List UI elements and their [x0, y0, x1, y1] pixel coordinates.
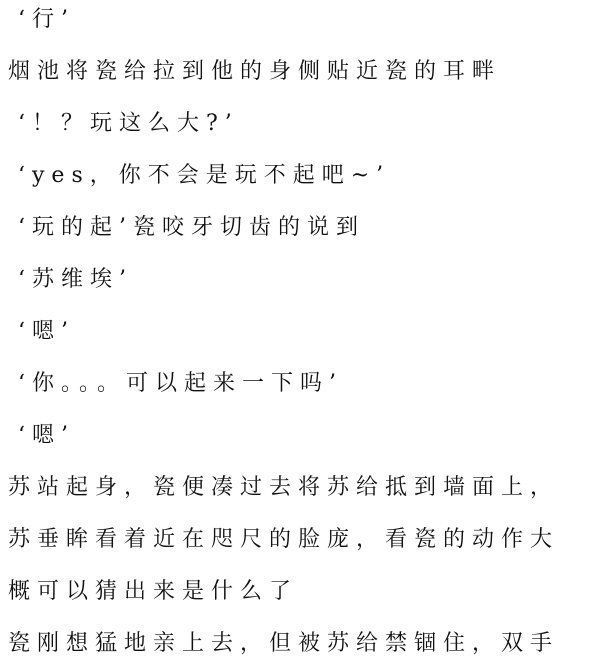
text-line: ‘嗯’	[18, 422, 75, 450]
text-line: 烟池将瓷给拉到他的身侧贴近瓷的耳畔	[8, 58, 501, 86]
text-line: ‘嗯’	[18, 318, 75, 346]
text-line: ‘玩的起’瓷咬牙切齿的说到	[18, 214, 365, 242]
text-line: 概可以猜出来是什么了	[8, 578, 298, 606]
text-line: 苏站起身，瓷便凑过去将苏给抵到墙面上，	[8, 474, 559, 502]
text-line: ‘行’	[18, 6, 75, 34]
text-line: ‘你。。。可以起来一下吗’	[18, 370, 343, 398]
text-line: 瓷刚想猛地亲上去，但被苏给禁锢住，双手	[8, 630, 559, 658]
text-line: 苏垂眸看着近在咫尺的脸庞，看瓷的动作大	[8, 526, 559, 554]
text-line: ‘yes，你不会是玩不起吧~’	[18, 162, 390, 190]
text-line: ‘苏维埃’	[18, 266, 133, 294]
text-line: ‘！？玩这么大?’	[18, 110, 239, 138]
